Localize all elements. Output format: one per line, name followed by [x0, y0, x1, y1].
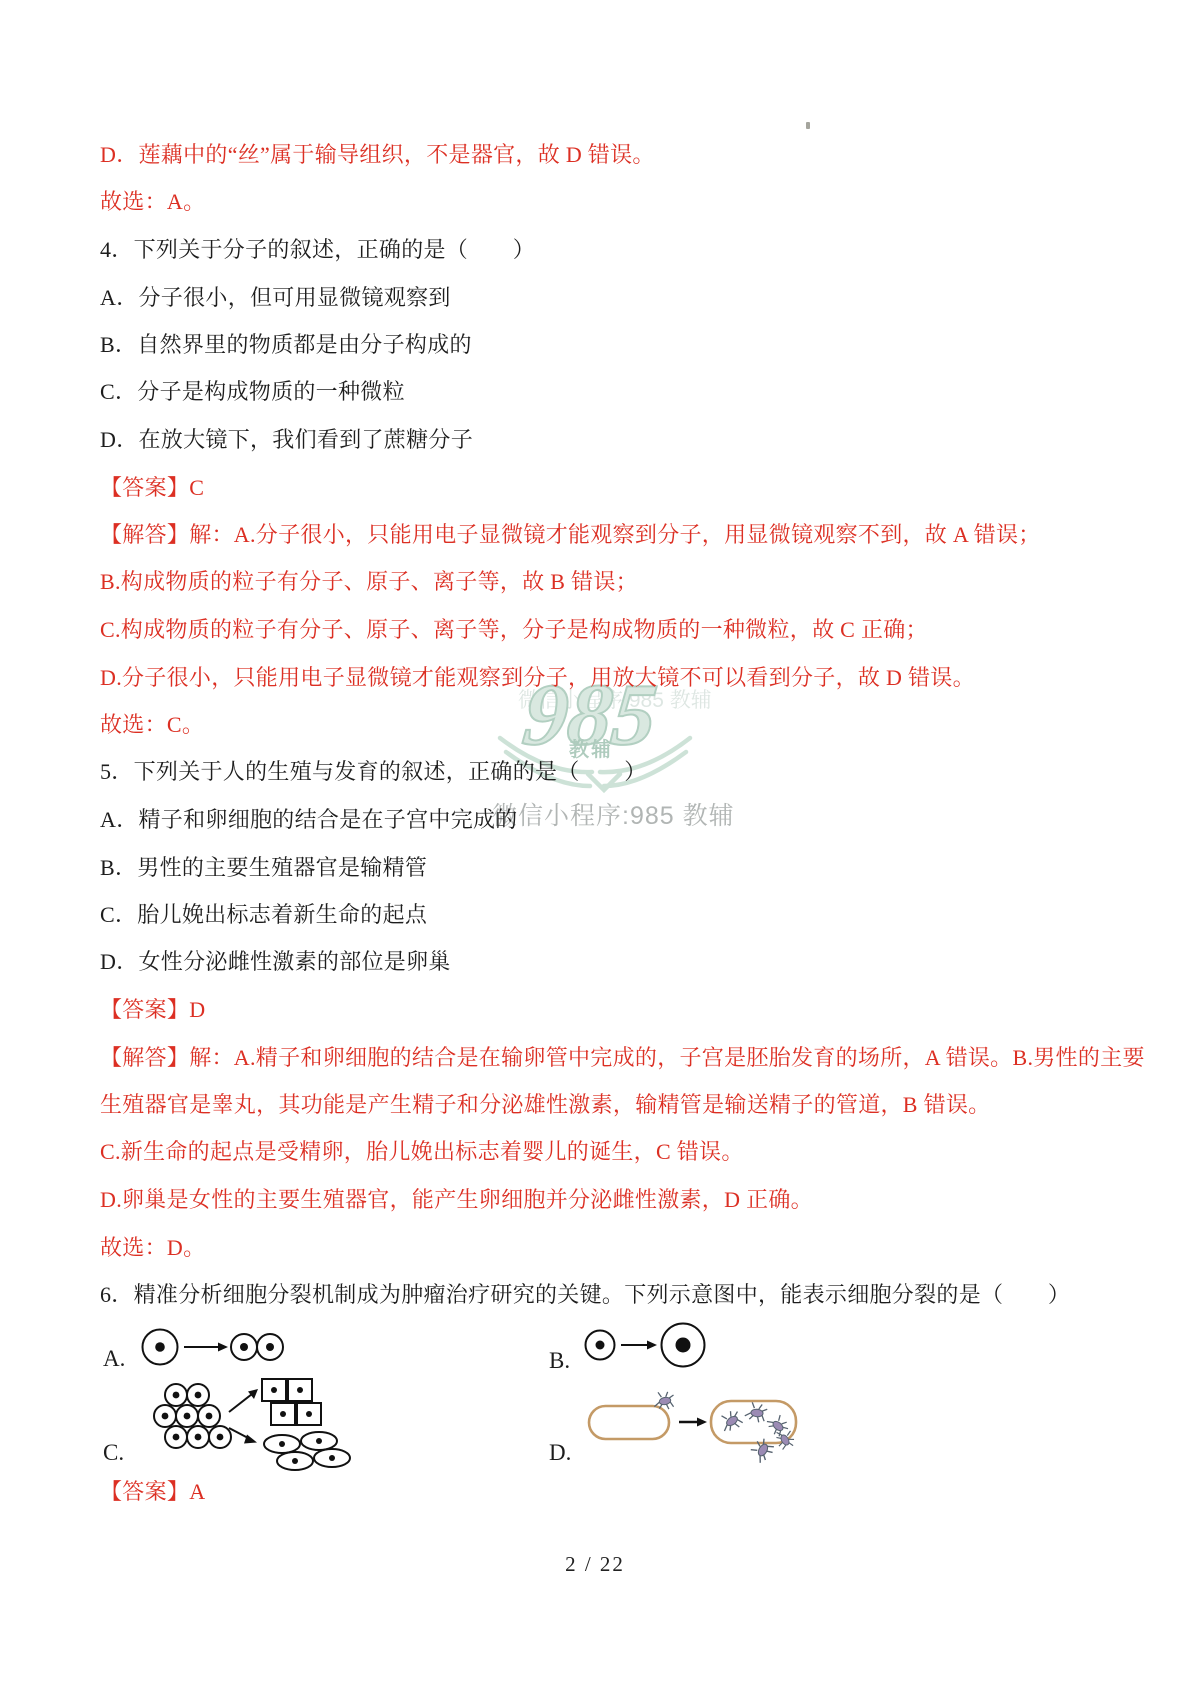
prev-choose: 故选：A。 [100, 187, 205, 217]
q4-explain-3: C.构成物质的粒子有分子、原子、离子等，分子是构成物质的一种微粒，故 C 正确； [100, 615, 928, 645]
q4-explain-2: B.构成物质的粒子有分子、原子、离子等，故 B 错误； [100, 567, 638, 597]
q5-explain-3: C.新生命的起点是受精卵，胎儿娩出标志着婴儿的诞生，C 错误。 [100, 1137, 744, 1167]
q5-option-b: B．男性的主要生殖器官是输精管 [100, 853, 427, 883]
q5-explain-4: D.卵巢是女性的主要生殖器官，能产生卵细胞并分泌雌性激素，D 正确。 [100, 1185, 813, 1215]
q6-option-a-label: A. [103, 1346, 125, 1372]
document-page: 微信小程序:985 教辅 985 教辅 微信小程序:985 教辅 D．莲藕中的“… [0, 0, 1190, 1683]
q5-explain-1: 【解答】解：A.精子和卵细胞的结合是在输卵管中完成的，子宫是胚胎发育的场所，A … [100, 1043, 1145, 1073]
q6-option-d-label: D. [549, 1440, 571, 1466]
q4-stem: 4．下列关于分子的叙述，正确的是（ ） [100, 235, 535, 265]
q6-option-b-label: B. [549, 1348, 570, 1374]
q6-answer: 【答案】A [100, 1477, 205, 1507]
q5-option-d: D．女性分泌雌性激素的部位是卵巢 [100, 947, 451, 977]
q4-option-a: A．分子很小，但可用显微镜观察到 [100, 283, 451, 313]
q5-option-c: C．胎儿娩出标志着新生命的起点 [100, 900, 427, 930]
watermark-caption: 微信小程序:985 教辅 [492, 796, 735, 832]
prev-explanation-d: D．莲藕中的“丝”属于输导组织，不是器官，故 D 错误。 [100, 140, 655, 170]
q5-answer: 【答案】D [100, 995, 205, 1025]
page-number: 2 / 22 [0, 1552, 1190, 1577]
q5-option-a: A．精子和卵细胞的结合是在子宫中完成的 [100, 805, 518, 835]
q5-stem: 5．下列关于人的生殖与发育的叙述，正确的是（ ） [100, 757, 647, 787]
q4-option-b: B．自然界里的物质都是由分子构成的 [100, 330, 472, 360]
q4-answer: 【答案】C [100, 473, 204, 503]
q6-option-c-label: C. [103, 1440, 124, 1466]
q6-stem: 6．精准分析细胞分裂机制成为肿瘤治疗研究的关键。下列示意图中，能表示细胞分裂的是… [100, 1280, 1070, 1310]
q6-figure-d-virus-infecting-bacterium-diagram [585, 1390, 800, 1472]
q4-option-c: C．分子是构成物质的一种微粒 [100, 377, 405, 407]
q5-choose: 故选：D。 [100, 1233, 205, 1263]
stray-mark [806, 122, 810, 129]
q4-choose: 故选：C。 [100, 710, 204, 740]
q6-figure-a-cell-division-diagram [140, 1324, 295, 1372]
q4-option-d: D．在放大镜下，我们看到了蔗糖分子 [100, 425, 473, 455]
q6-figure-c-cell-differentiation-diagram [130, 1378, 360, 1476]
q5-explain-2: 生殖器官是睾丸，其功能是产生精子和分泌雄性激素，输精管是输送精子的管道，B 错误… [100, 1090, 990, 1120]
q4-explain-4: D.分子很小，只能用电子显微镜才能观察到分子，用放大镜不可以看到分子，故 D 错… [100, 663, 975, 693]
q4-explain-1: 【解答】解：A.分子很小，只能用电子显微镜才能观察到分子，用显微镜观察不到，故 … [100, 520, 1041, 550]
q6-figure-b-cell-growth-diagram [583, 1318, 713, 1370]
